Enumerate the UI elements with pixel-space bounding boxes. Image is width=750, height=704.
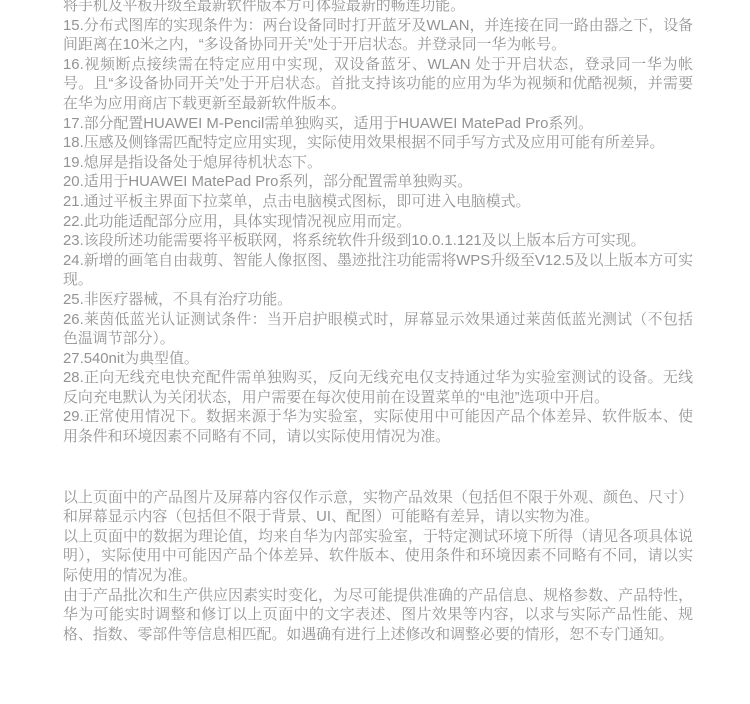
footnote-22: 22.此功能适配部分应用，具体实现情况视应用而定。 <box>63 213 693 233</box>
footnote-20: 20.适用于HUAWEI MatePad Pro系列，部分配置需单独购买。 <box>63 173 693 193</box>
footnote-16: 16.视频断点接续需在特定应用中实现，双设备蓝牙、WLAN 处于开启状态，登录同… <box>63 56 693 115</box>
footnote-continuation: 将手机及平板升级至最新软件版本方可体验最新的畅连功能。 <box>63 0 693 17</box>
footnote-25: 25.非医疗器械，不具有治疗功能。 <box>63 291 693 311</box>
legal-paragraph-images: 以上页面中的产品图片及屏幕内容仅作示意，实物产品效果（包括但不限于外观、颜色、尺… <box>63 489 693 528</box>
footnotes-list: 将手机及平板升级至最新软件版本方可体验最新的畅连功能。 15.分布式图库的实现条… <box>63 0 693 448</box>
footnote-28: 28.正向无线充电快充配件需单独购买，反向无线充电仅支持通过华为实验室测试的设备… <box>63 369 693 408</box>
footnote-24: 24.新增的画笔自由裁剪、智能人像抠图、墨迹批注功能需将WPS升级至V12.5及… <box>63 252 693 291</box>
footnote-15: 15.分布式图库的实现条件为：两台设备同时打开蓝牙及WLAN，并连接在同一路由器… <box>63 17 693 56</box>
legal-paragraph-revisions: 由于产品批次和生产供应因素实时变化，为尽可能提供准确的产品信息、规格参数、产品特… <box>63 587 693 646</box>
footnote-26: 26.莱茵低蓝光认证测试条件：当开启护眼模式时，屏幕显示效果通过莱茵低蓝光测试（… <box>63 311 693 350</box>
footnote-27: 27.540nit为典型值。 <box>63 350 693 370</box>
footnote-17: 17.部分配置HUAWEI M-Pencil需单独购买，适用于HUAWEI Ma… <box>63 115 693 135</box>
footnote-21: 21.通过平板主界面下拉菜单，点击电脑模式图标，即可进入电脑模式。 <box>63 193 693 213</box>
product-disclaimer-page: 将手机及平板升级至最新软件版本方可体验最新的畅连功能。 15.分布式图库的实现条… <box>0 0 750 704</box>
footnote-29: 29.正常使用情况下。数据来源于华为实验室，实际使用中可能因产品个体差异、软件版… <box>63 408 693 447</box>
disclaimer-section: 将手机及平板升级至最新软件版本方可体验最新的畅连功能。 15.分布式图库的实现条… <box>63 0 693 645</box>
footnote-18: 18.压感及侧锋需匹配特定应用实现，实际使用效果根据不同手写方式及应用可能有所差… <box>63 134 693 154</box>
legal-disclaimer-block: 以上页面中的产品图片及屏幕内容仅作示意，实物产品效果（包括但不限于外观、颜色、尺… <box>63 489 693 646</box>
footnote-23: 23.该段所述功能需要将平板联网，将系统软件升级到10.0.1.121及以上版本… <box>63 232 693 252</box>
legal-paragraph-data: 以上页面中的数据为理论值，均来自华为内部实验室，于特定测试环境下所得（请见各项具… <box>63 528 693 587</box>
footnote-19: 19.熄屏是指设备处于熄屏待机状态下。 <box>63 154 693 174</box>
